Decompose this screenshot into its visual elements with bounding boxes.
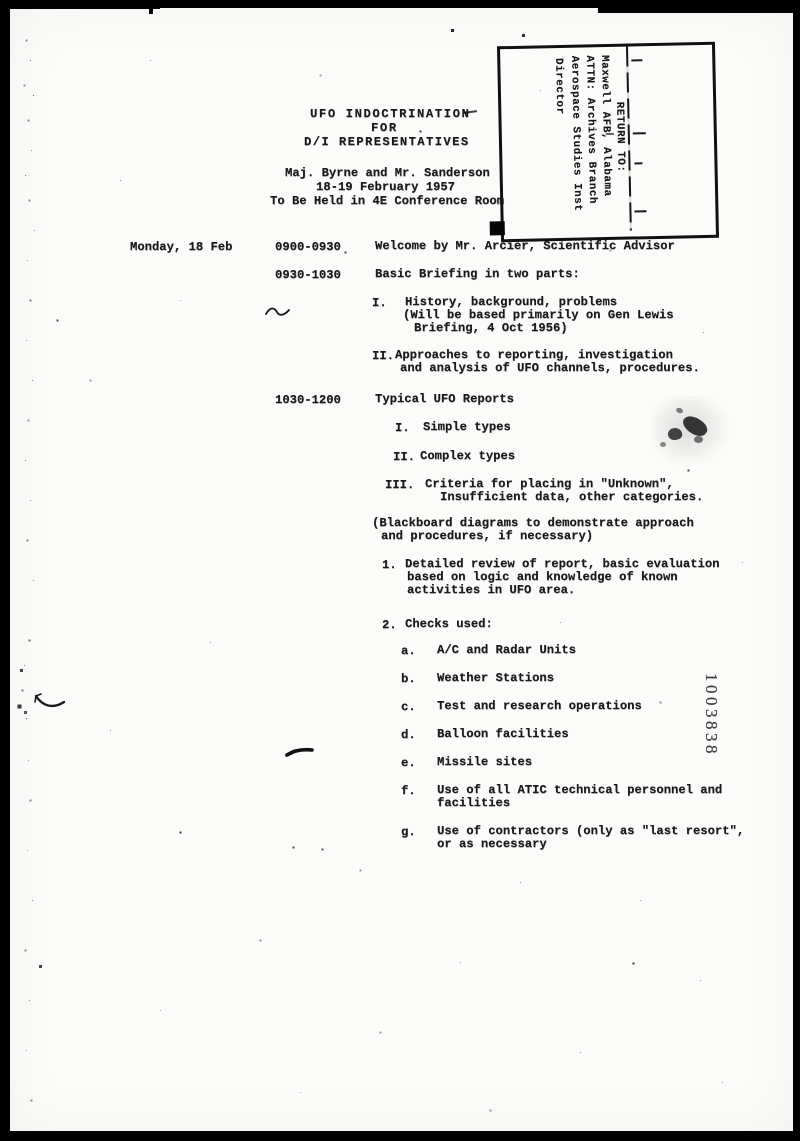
stamp-address-line: Aerospace Studies Inst <box>567 56 583 212</box>
doc-title-line-1: UFO INDOCTRINATION <box>310 108 470 121</box>
pen-dash-mark <box>284 744 316 760</box>
item-label: II. <box>372 350 394 363</box>
location-line: To Be Held in 4E Conference Room <box>270 195 504 208</box>
paper-noise-dark-specks <box>0 0 1 1</box>
item-line: Checks used: <box>405 618 493 631</box>
check-label: c. <box>401 701 416 714</box>
item-line: Briefing, 4 Oct 1956) <box>414 322 568 335</box>
return-to-stamp: Director Aerospace Studies Inst ATTN: Ar… <box>497 42 719 243</box>
scan-border-notch <box>149 8 153 14</box>
scan-border-top-left <box>0 0 160 9</box>
stamp-tick <box>634 162 642 164</box>
check-line: A/C and Radar Units <box>437 644 576 657</box>
item-label: III. <box>385 479 414 492</box>
ink-blob <box>694 436 703 443</box>
stamp-address-line: Director <box>551 58 565 115</box>
stamp-address-line: Maxwell AFB, Alabama <box>597 55 613 197</box>
item-line: Simple types <box>423 421 511 434</box>
scan-border-right <box>793 0 800 1141</box>
item-label: 1. <box>382 559 397 572</box>
check-label: e. <box>401 757 416 770</box>
item-line: Complex types <box>420 450 515 463</box>
check-line: Missile sites <box>437 756 532 769</box>
presenters-line: Maj. Byrne and Mr. Sanderson <box>285 167 490 180</box>
item-label: I. <box>372 297 387 310</box>
dates-line: 18-19 February 1957 <box>316 181 455 194</box>
stamp-tick <box>633 132 646 134</box>
check-label: a. <box>401 645 416 658</box>
doc-title-line-3: D/I REPRESENTATIVES <box>304 136 470 149</box>
schedule-day: Monday, 18 Feb <box>130 241 232 254</box>
stamp-tick <box>606 133 614 135</box>
item-line: and analysis of UFO channels, procedures… <box>400 362 700 375</box>
scanned-document-page: Director Aerospace Studies Inst ATTN: Ar… <box>0 0 800 1141</box>
ink-blob <box>660 442 666 447</box>
session-time: 0930-1030 <box>275 269 341 282</box>
check-label: d. <box>401 729 416 742</box>
stamp-divider-line <box>626 47 632 231</box>
session-time: 0900-0930 <box>275 241 341 254</box>
check-line: Weather Stations <box>437 672 554 685</box>
check-label: f. <box>401 785 416 798</box>
stamp-ink-blot <box>490 221 505 235</box>
check-line: facilities <box>437 797 510 810</box>
session-title: Typical UFO Reports <box>375 393 514 406</box>
check-line: Balloon facilities <box>437 728 569 741</box>
doc-serial-number: 1003838 <box>701 673 721 757</box>
item-line: activities in UFO area. <box>407 584 575 597</box>
stamp-heading: RETURN TO: <box>612 102 626 173</box>
check-label: b. <box>401 673 416 686</box>
check-label: g. <box>401 826 416 839</box>
item-line: Insufficient data, other categories. <box>440 491 703 504</box>
note-line: and procedures, if necessary) <box>381 530 593 543</box>
check-line: Test and research operations <box>437 700 642 713</box>
pen-swoosh-mark <box>28 686 68 712</box>
check-line: or as necessary <box>437 838 547 851</box>
session-time: 1030-1200 <box>275 394 341 407</box>
stamp-tick <box>631 59 642 61</box>
stamp-address-line: ATTN: Archives Branch <box>582 55 598 204</box>
item-label: I. <box>395 422 410 435</box>
session-title: Welcome by Mr. Arcier, Scientific Adviso… <box>375 240 675 253</box>
item-label: II. <box>393 451 415 464</box>
scan-border-top-right <box>598 0 800 13</box>
item-label: 2. <box>382 619 397 632</box>
scan-border-bottom <box>0 1131 800 1141</box>
session-title: Basic Briefing in two parts: <box>375 268 580 281</box>
pen-squiggle <box>264 304 292 320</box>
stamp-tick <box>634 210 646 212</box>
ink-smudge <box>652 396 732 468</box>
doc-title-line-2: FOR <box>371 122 398 135</box>
